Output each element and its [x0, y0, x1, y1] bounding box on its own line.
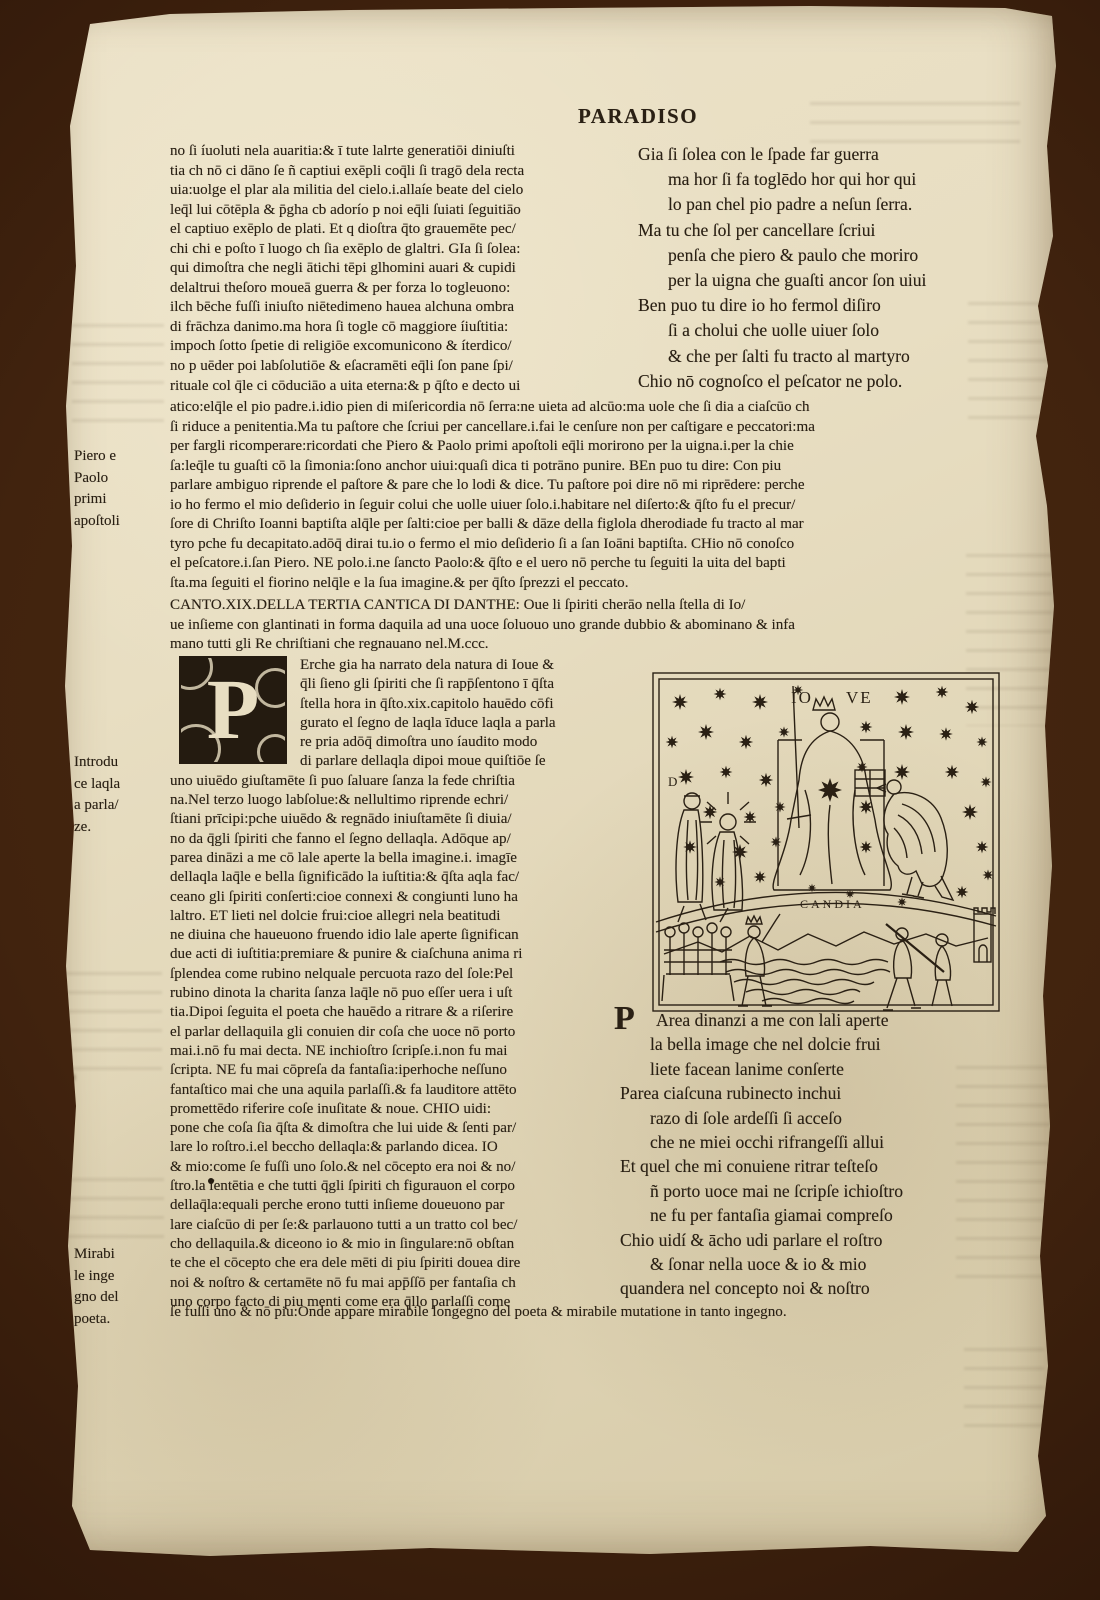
text-line: laltro. ET lieti nel dolcie frui:cioe al…: [170, 907, 625, 926]
text-line: fantaſtico mai che una aquila parlaſſi.&…: [170, 1081, 625, 1100]
verso-show-through: [68, 1178, 164, 1254]
text-line: lare lo roſtro.i.el beccho dellaqla:& pa…: [170, 1138, 625, 1157]
verse-line: Gia ſi ſolea con le ſpade far guerra: [638, 142, 1018, 167]
eagle-figure: [877, 780, 953, 900]
verse-line: & ſonar nella uoce & io & mio: [620, 1252, 1020, 1276]
text-line: cho dellaquila.& diceono io & mio in ſin…: [170, 1235, 625, 1254]
saints-figures-left: D: [668, 774, 756, 910]
text-line: leq̄l lui cōtēpla & p̄gha cb adorío p no…: [170, 201, 628, 221]
margin-note-line: le inge: [74, 1266, 169, 1288]
verse-line: liete facean lanime conſerte: [620, 1057, 1020, 1081]
verse-line: quandera nel concepto noi & noſtro: [620, 1276, 1020, 1300]
text-line: per fargli ricomperare:ricordati che Pie…: [170, 437, 970, 457]
text-line: ceano gli ſpiriti conſerti:cioe connexi …: [170, 888, 625, 907]
verse-line: la bella image che nel dolcie frui: [620, 1032, 1020, 1056]
margin-note-piero-paolo: Piero ePaoloprimiapoſtoli: [74, 446, 169, 532]
margin-note-line: a parla/: [74, 795, 169, 817]
verso-show-through: [964, 1348, 1044, 1438]
text-line: ſtro.la ſentētia e che tutti q̄gli ſpiri…: [170, 1177, 625, 1196]
text-line: tia ch nō ci dāno ſe ñ captiui exēpli co…: [170, 162, 628, 182]
text-line: no p uēder poi labſolutiōe & eſacramēti …: [170, 357, 628, 377]
verse-line: Ma tu che ſol per cancellare ſcriui: [638, 218, 1018, 243]
woodcut-illustration: IO VE D CANDIA: [650, 670, 1002, 1014]
margin-note-line: ce laqla: [74, 774, 169, 796]
commentary-full-width: atico:elq̄le el pio padre.i.idio pien di…: [170, 398, 970, 593]
verse-line: ſi a cholui che uolle uiuer ſolo: [638, 318, 1018, 343]
jove-label-io: IO: [791, 688, 813, 707]
margin-note-line: ze.: [74, 817, 169, 839]
text-line: io ho fermo el mio deſiderio in ſeguir c…: [170, 496, 970, 516]
margin-note-introduce: Introduce laqlaa parla/ze.: [74, 752, 169, 838]
margin-note-line: apoſtoli: [74, 511, 169, 533]
margin-note-line: poeta.: [74, 1309, 169, 1331]
text-line: el captiuo exēplo de plati. Et q dioſtra…: [170, 220, 628, 240]
wormhole: [66, 1074, 74, 1081]
margin-note-line: Mirabi: [74, 1244, 169, 1266]
text-line: ſcripta. NE fu mai cōpreſa da fantaſia:i…: [170, 1061, 625, 1080]
text-line: te che el cōcepto che era dele mēti di p…: [170, 1254, 625, 1273]
margin-note-line: gno del: [74, 1287, 169, 1309]
landscape-scene: [662, 904, 995, 1010]
tower: [974, 908, 995, 962]
verse-line: Parea ciaſcuna rubinecto inchui: [620, 1081, 1020, 1105]
text-line: tyro pche fu decapitato.adōq̄ dirai tu.i…: [170, 535, 970, 555]
wormhole: [63, 1368, 71, 1375]
text-line: delaltrui theſoro moueā guerra & per for…: [170, 279, 628, 299]
verse-line: ne fu per fantaſia giamai compreſo: [620, 1203, 1020, 1227]
text-line: no da q̄gli ſpiriti che fanno el ſegno d…: [170, 830, 625, 849]
margin-note-line: primi: [74, 489, 169, 511]
commentary-top-left: no ſi íuoluti nela auaritia:& ī tute lal…: [170, 142, 628, 396]
heading-line: CANTO.XIX.DELLA TERTIA CANTICA DI DANTHE…: [170, 596, 970, 616]
text-line: dellaq̄la:equali perche erono tutti inſi…: [170, 1196, 625, 1215]
heading-line: mano tutti gli Re chriſtiani che regnaua…: [170, 635, 970, 655]
verse-line: Ben puo tu dire io ho fermol diſiro: [638, 293, 1018, 318]
heading-line: ue inſieme con glantinati in forma daqui…: [170, 616, 970, 636]
verse-line: che ne miei occhi rifrangeſſi allui: [620, 1130, 1020, 1154]
verso-show-through: [66, 972, 162, 1084]
text-line: rituale col q̄le ci cōduciāo a uita eter…: [170, 377, 628, 397]
text-line: parea dināzi a me cō lale aperte la bell…: [170, 849, 625, 868]
jove-label-ve: VE: [846, 688, 873, 707]
text-line: impoch ſotto ſpetie di religiōe excomuni…: [170, 337, 628, 357]
book-leaf: PARADISO Piero ePaoloprimiapoſtoli Intro…: [50, 6, 1060, 1558]
soldier-group-left: [662, 904, 734, 1001]
verse-line: razo di ſole ardeſſi ſi acceſo: [620, 1106, 1020, 1130]
margin-note-line: Paolo: [74, 468, 169, 490]
text-line: di frāchza danimo.ma hora ſi togle cō ma…: [170, 318, 628, 338]
verse-top-right: Gia ſi ſolea con le ſpade far guerrama h…: [638, 142, 1018, 394]
text-line: & mio:come ſe fuſſi uno ſolo.& nel cōcep…: [170, 1158, 625, 1177]
text-line: ſta.ma ſeguiti el fiorino nelq̄le e la ſ…: [170, 574, 970, 594]
text-line: ſa:leq̄le tu guaſti cō la ſimonia:ſono a…: [170, 457, 970, 477]
verse-lines: Area dinanzi a me con lali apertela bell…: [620, 1008, 1020, 1301]
text-line: ſi riduce a penitentia.Ma tu paſtore che…: [170, 418, 970, 438]
lines-full-column: uno uiuēdo giuſtamēte ſi puo ſaluare ſan…: [170, 772, 625, 1312]
text-line: promettēdo riferire coſe inuſitate & nou…: [170, 1100, 625, 1119]
verse-initial-P: P: [614, 1004, 635, 1034]
verse-bottom-right: P Area dinanzi a me con lali apertela be…: [620, 1008, 1020, 1301]
letter-d: D: [668, 774, 677, 789]
text-line: el peſcatore.i.ſan Piero. NE polo.i.ne ſ…: [170, 554, 970, 574]
verse-line: lo pan chel pio padre a neſun ſerra.: [638, 192, 1018, 217]
verse-line: Chio uidí & ācho udi parlare el roſtro: [620, 1228, 1020, 1252]
verse-line: ñ porto uoce mai ne ſcripſe ichioſtro: [620, 1179, 1020, 1203]
text-line: dellaqla laq̄le e bella ſignificādo la i…: [170, 868, 625, 887]
text-line: parlare ambiguo riprende el paſtore & pa…: [170, 476, 970, 496]
text-line: na.Nel terzo luogo labſolue:& nellultimo…: [170, 791, 625, 810]
text-line: el parlar dellaquila gli conuien dir coſ…: [170, 1023, 625, 1042]
candia-label: CANDIA: [800, 897, 865, 911]
text-line: uia:uolge el plar ala militia del cielo.…: [170, 181, 628, 201]
text-line: no ſi íuoluti nela auaritia:& ī tute lal…: [170, 142, 628, 162]
text-line: atico:elq̄le el pio padre.i.idio pien di…: [170, 398, 970, 418]
verse-line: ma hor ſi fa toglēdo hor qui hor qui: [638, 167, 1018, 192]
text-line: lare ciaſcūo di per ſe:& parlauono tutti…: [170, 1216, 625, 1235]
verse-line: Area dinanzi a me con lali aperte: [620, 1008, 1020, 1032]
text-line: chi chi e poſto ī luogo ch ſia exēplo de…: [170, 240, 628, 260]
verse-line: & che per ſalti fu tracto al martyro: [638, 344, 1018, 369]
text-line: noi & noſtro & certamēte nō fu mai app̄ſ…: [170, 1274, 625, 1293]
commentary-last-line: ſe fuſſi uno & nō piu:Onde appare mirabi…: [170, 1303, 970, 1323]
text-line: mai.i.nō fu mai decta. NE inchioſtro ſcr…: [170, 1042, 625, 1061]
text-line: rubino dinota la charita ſanza laq̄le nō…: [170, 984, 625, 1003]
canto-heading: CANTO.XIX.DELLA TERTIA CANTICA DI DANTHE…: [170, 596, 970, 655]
verso-show-through: [72, 324, 164, 436]
verse-line: per la uigna che guaſti ancor ſon uiui: [638, 268, 1018, 293]
photo-backdrop: { "colors":{"backdrop":"#41230e","paper"…: [0, 0, 1100, 1600]
verse-line: penſa che piero & paulo che moriro: [638, 243, 1018, 268]
text-line: ne diuina che haueuono fruendo idio lale…: [170, 926, 625, 945]
text-line: ſore di Chriſto Ioanni baptiſta alq̄le p…: [170, 515, 970, 535]
verse-line: Et quel che mi conuiene ritrar teſteſo: [620, 1154, 1020, 1178]
margin-note-line: Piero e: [74, 446, 169, 468]
margin-note-line: Introdu: [74, 752, 169, 774]
text-line: pone che coſa ſia q̄ſta & dimoſtra che l…: [170, 1119, 625, 1138]
text-line: uno uiuēdo giuſtamēte ſi puo ſaluare ſan…: [170, 772, 625, 791]
text-line: due acti di iuſtitia:premiare & punire &…: [170, 945, 625, 964]
jove-figure: IO VE: [773, 686, 891, 890]
text-line: qui dimoſtra che negli ātichi tēpi glhom…: [170, 259, 628, 279]
text-line: ilch bēche fuſſi iniuſto niētedimeno hau…: [170, 298, 628, 318]
running-title: PARADISO: [518, 104, 758, 129]
verse-line: Chio nō cognoſco el peſcator ne polo.: [638, 369, 1018, 394]
margin-note-mirabile: Mirabile ingegno delpoeta.: [74, 1244, 169, 1330]
text-line: tia.Dipoi ſeguita el poeta che hauēdo a …: [170, 1003, 625, 1022]
text-line: ſtiani prīcipi:pche uiuēdo & regnādo ini…: [170, 810, 625, 829]
text-line: ſplendea come rubino nelquale percuota r…: [170, 965, 625, 984]
